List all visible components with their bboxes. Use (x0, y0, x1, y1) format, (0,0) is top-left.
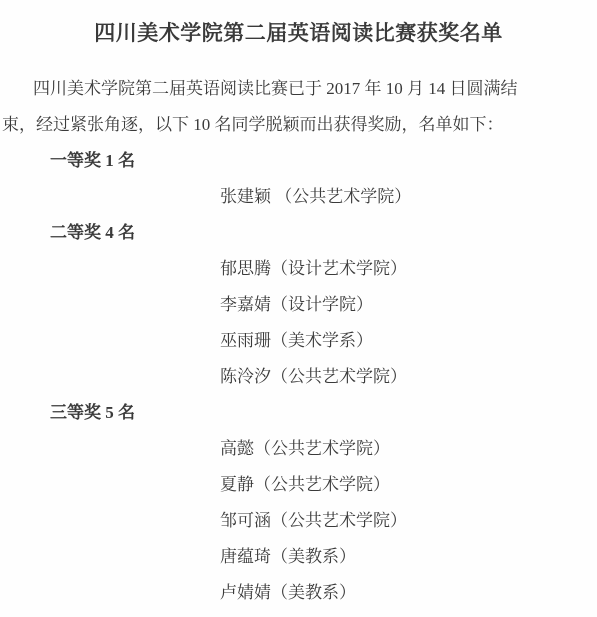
award-section-heading-first-prize: 一等奖 1 名 (0, 143, 597, 179)
winner-item: 邹可涵（公共艺术学院） (0, 503, 597, 539)
intro-paragraph-line-1: 四川美术学院第二届英语阅读比赛已于 2017 年 10 月 14 日圆满结 (2, 71, 597, 107)
intro-paragraph-line-2: 束，经过紧张角逐，以下 10 名同学脱颖而出获得奖励，名单如下： (2, 107, 597, 143)
winner-item: 唐蕴琦（美教系） (0, 539, 597, 575)
winner-item: 卢婧婧（美教系） (0, 575, 597, 611)
winner-item: 郁思腾（设计艺术学院） (0, 251, 597, 287)
winner-item: 李嘉婧（设计学院） (0, 287, 597, 323)
winner-item: 高懿（公共艺术学院） (0, 431, 597, 467)
winner-item: 夏静（公共艺术学院） (0, 467, 597, 503)
document-body: 四川美术学院第二届英语阅读比赛已于 2017 年 10 月 14 日圆满结 束，… (0, 71, 597, 611)
winner-item: 陈泠汐（公共艺术学院） (0, 359, 597, 395)
award-section-heading-second-prize: 二等奖 4 名 (0, 215, 597, 251)
winner-item: 张建颖 （公共艺术学院） (0, 179, 597, 215)
page-title: 四川美术学院第二届英语阅读比赛获奖名单 (0, 20, 597, 46)
award-section-heading-third-prize: 三等奖 5 名 (0, 395, 597, 431)
winner-item: 巫雨珊（美术学系） (0, 323, 597, 359)
document-page: 四川美术学院第二届英语阅读比赛获奖名单 四川美术学院第二届英语阅读比赛已于 20… (0, 0, 597, 617)
